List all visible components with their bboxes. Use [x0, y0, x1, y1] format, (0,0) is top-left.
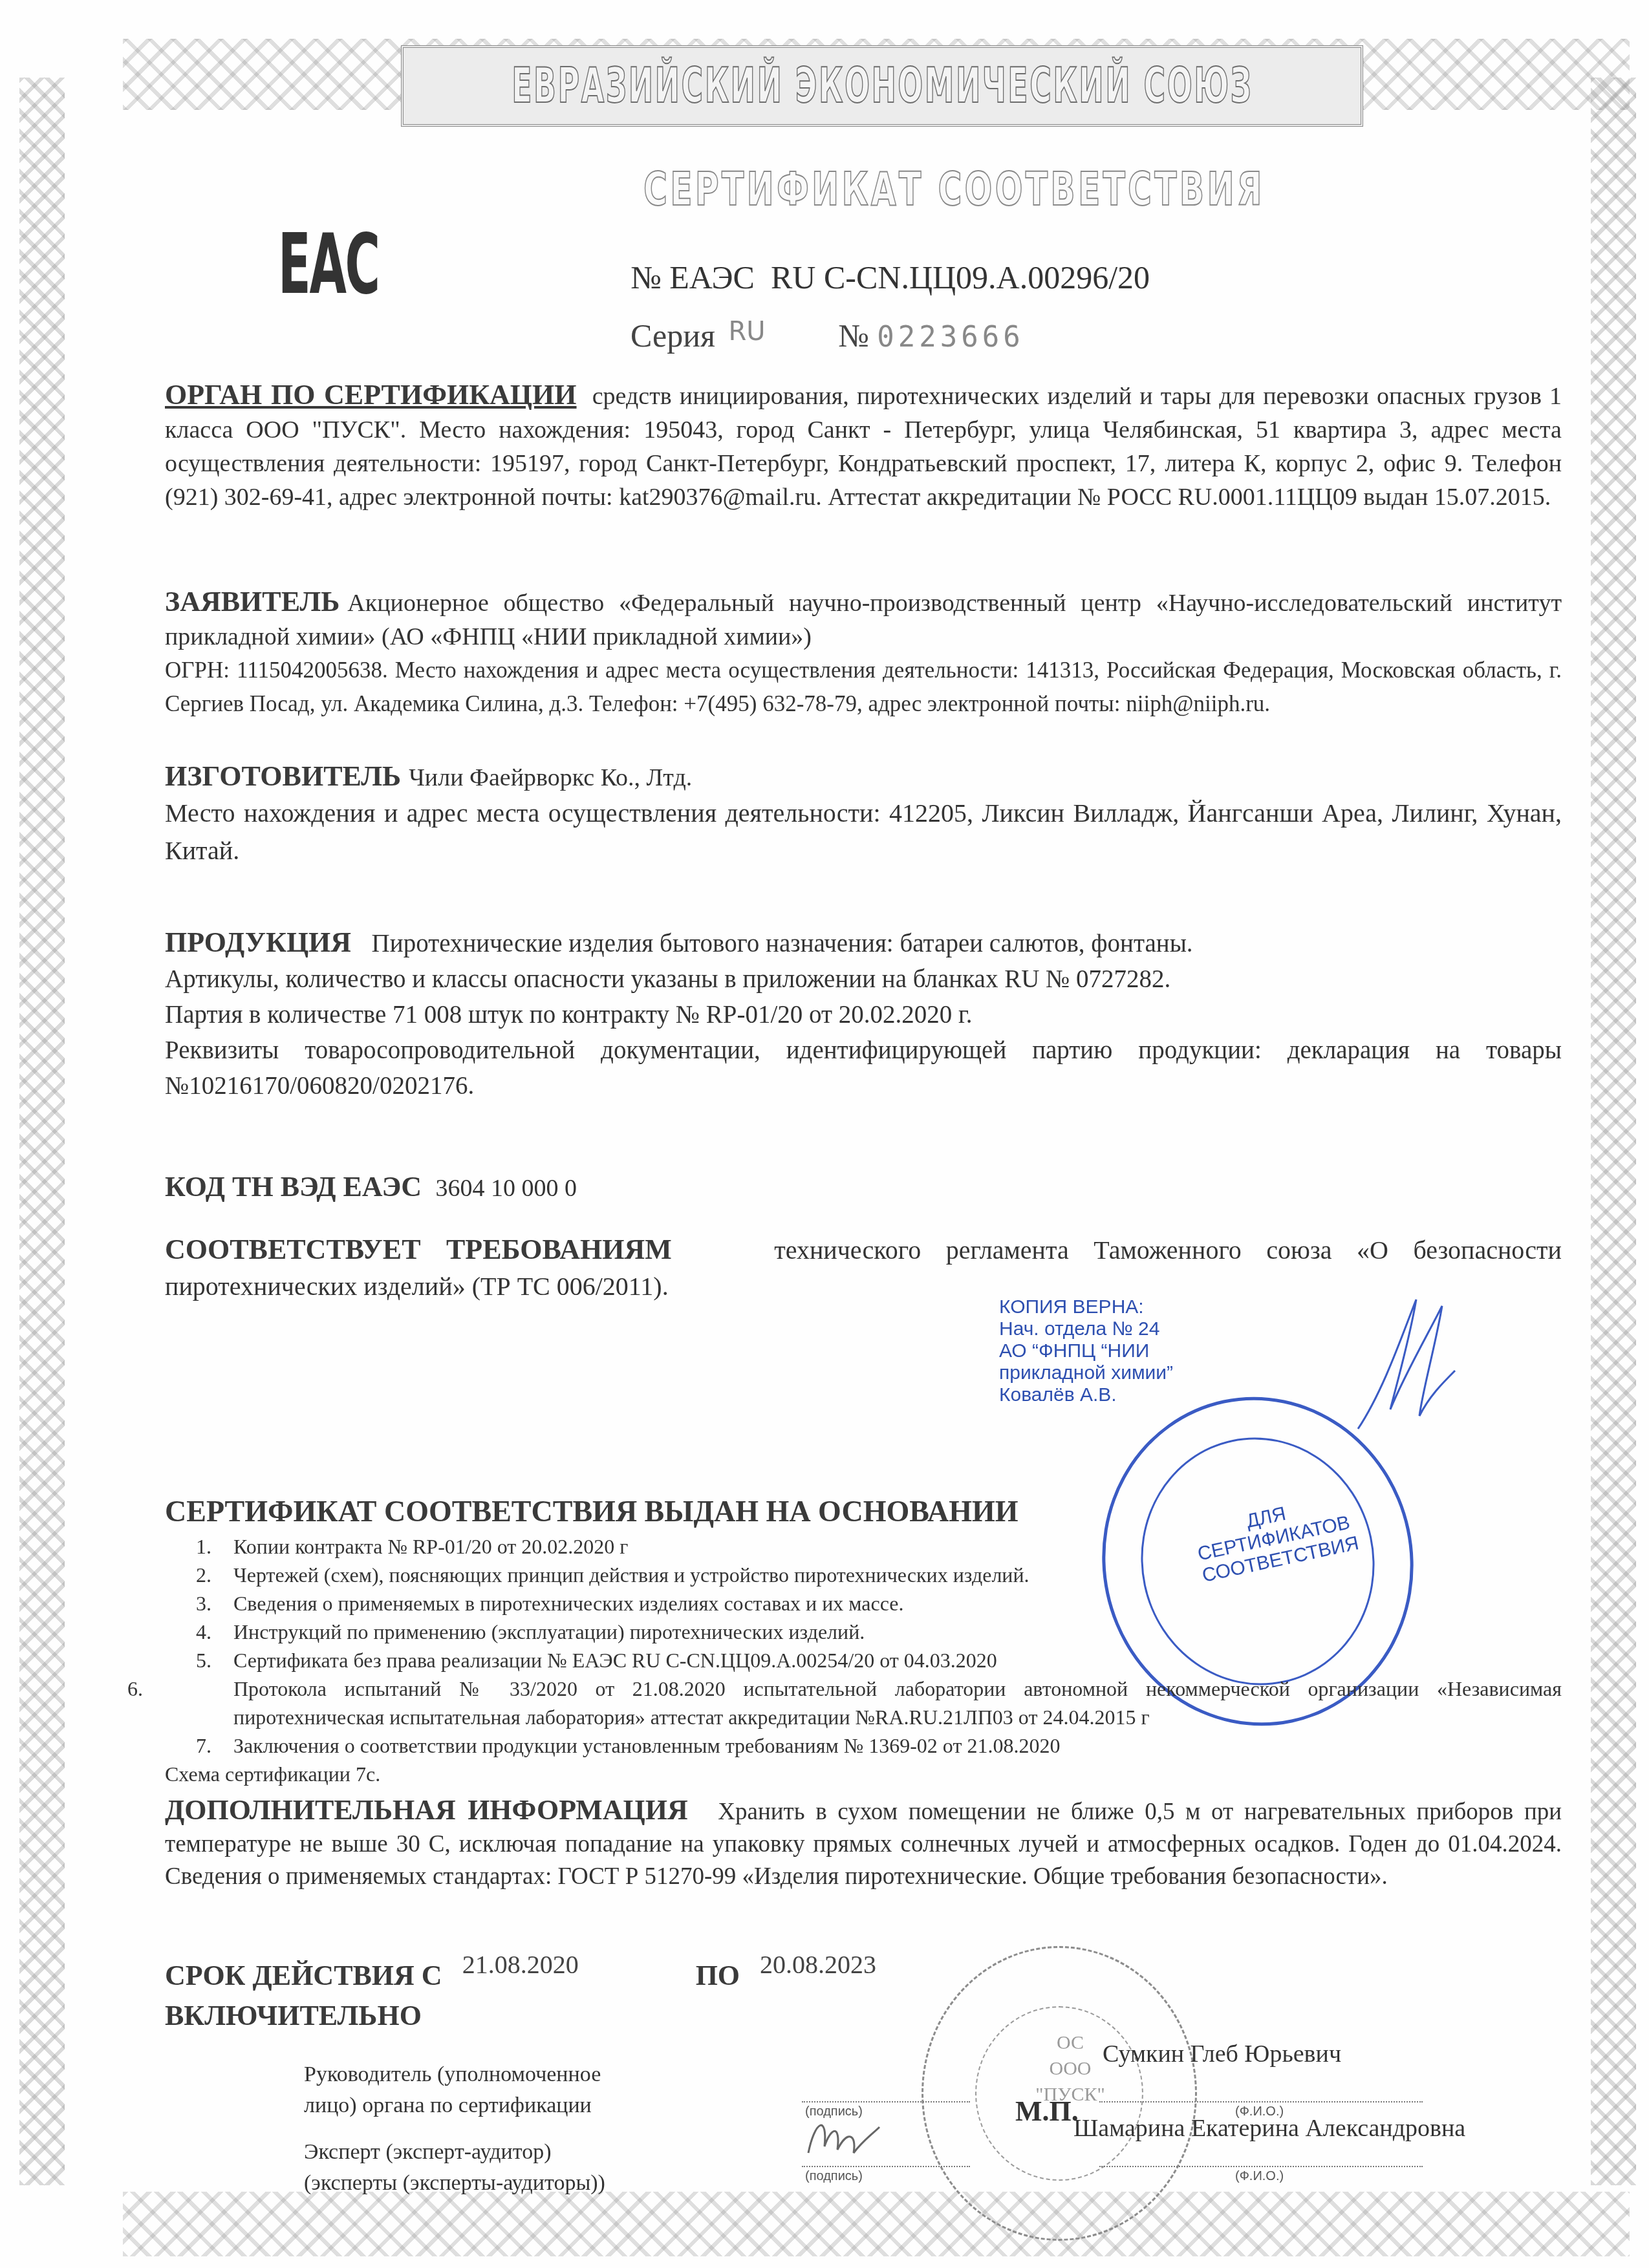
decorative-border-right	[1591, 78, 1636, 2185]
applicant-text: Акционерное общество «Федеральный научно…	[165, 590, 1562, 650]
seal-place-mark: М.П.	[1015, 2095, 1079, 2128]
manufacturer-details: Место нахождения и адрес места осуществл…	[165, 795, 1562, 870]
decorative-border-bottom	[123, 2192, 1630, 2256]
validity-inclusive-label: ВКЛЮЧИТЕЛЬНО	[165, 1999, 422, 2032]
product-line-3: Партия в количестве 71 008 штук по контр…	[165, 997, 1562, 1032]
basis-label: СЕРТИФИКАТ СООТВЕТСТВИЯ ВЫДАН НА ОСНОВАН…	[165, 1493, 1554, 1530]
basis-item: Копии контракта № RP-01/20 от 20.02.2020…	[217, 1532, 1562, 1561]
applicant-label: ЗАЯВИТЕЛЬ	[165, 586, 339, 617]
head-fio-line	[1099, 2101, 1423, 2102]
manufacturer-label: ИЗГОТОВИТЕЛЬ	[165, 760, 401, 792]
basis-item: Заключения о соответствии продукции уста…	[217, 1731, 1562, 1760]
basis-item: Инструкций по применению (эксплуатации) …	[217, 1618, 1562, 1646]
certificate-number-prefix: № ЕАЭС	[630, 259, 755, 295]
copy-stamp-line: Нач. отдела № 24	[999, 1318, 1173, 1340]
basis-item: Сведения о применяемых в пиротехнических…	[217, 1589, 1562, 1618]
decorative-border-left	[19, 78, 65, 2185]
certificate-page: ЕВРАЗИЙСКИЙ ЭКОНОМИЧЕСКИЙ СОЮЗ СЕРТИФИКА…	[0, 0, 1649, 2268]
expert-signature-line	[802, 2166, 970, 2167]
union-banner: ЕВРАЗИЙСКИЙ ЭКОНОМИЧЕСКИЙ СОЮЗ	[401, 45, 1363, 127]
expert-role: Эксперт (эксперт-аудитор) (эксперты (экс…	[304, 2137, 605, 2199]
head-signature-line	[802, 2101, 970, 2102]
section-applicant: ЗАЯВИТЕЛЬАкционерное общество «Федеральн…	[165, 585, 1562, 721]
section-product: ПРОДУКЦИЯ Пиротехнические изделия бытово…	[165, 925, 1562, 1104]
basis-item: Протокола испытаний № 33/2020 от 21.08.2…	[148, 1674, 1562, 1731]
basis-item: Сертификата без права реализации № ЕАЭС …	[217, 1646, 1562, 1674]
section-basis: СЕРТИФИКАТ СООТВЕТСТВИЯ ВЫДАН НА ОСНОВАН…	[165, 1493, 1562, 1788]
basis-list: Копии контракта № RP-01/20 от 20.02.2020…	[165, 1532, 1562, 1760]
document-title: СЕРТИФИКАТ СООТВЕТСТВИЯ	[643, 162, 1141, 216]
section-manufacturer: ИЗГОТОВИТЕЛЬЧили Фаейрворкс Ко., Лтд. Ме…	[165, 760, 1562, 870]
series-label: Серия	[630, 317, 715, 354]
expert-signature-caption: (подпись)	[805, 2169, 863, 2184]
product-label: ПРОДУКЦИЯ	[165, 926, 351, 958]
copy-stamp-line: КОПИЯ ВЕРНА:	[999, 1296, 1173, 1318]
validity-period: СРОК ДЕЙСТВИЯ С 21.08.2020 ПО 20.08.2023	[165, 1959, 876, 1992]
head-role-line: Руководитель (уполномоченное	[304, 2059, 601, 2090]
expert-role-line: Эксперт (эксперт-аудитор)	[304, 2137, 605, 2168]
validity-from-label: СРОК ДЕЙСТВИЯ С	[165, 1960, 442, 1991]
certificate-number-value: RU C-CN.ЦЦ09.А.00296/20	[771, 259, 1150, 295]
blank-number: 0223666	[877, 321, 1024, 354]
expert-role-line: (эксперты (эксперты-аудиторы))	[304, 2168, 605, 2199]
section-hs-code: КОД ТН ВЭД ЕАЭС 3604 10 000 0	[165, 1170, 1562, 1205]
expert-name: Шамарина Екатерина Александровна	[1073, 2114, 1465, 2143]
product-line-1: Пиротехнические изделия бытового назначе…	[372, 930, 1193, 957]
validity-from-date: 21.08.2020	[462, 1950, 579, 1979]
manufacturer-text: Чили Фаейрворкс Ко., Лтд.	[409, 764, 692, 791]
additional-info-label: ДОПОЛНИТЕЛЬНАЯ ИНФОРМАЦИЯ	[165, 1794, 688, 1826]
hs-code-label: КОД ТН ВЭД ЕАЭС	[165, 1171, 422, 1203]
expert-signature-icon	[802, 2108, 886, 2166]
eac-mark-icon: ЕАС	[278, 217, 379, 313]
section-certification-body: ОРГАН ПО СЕРТИФИКАЦИИ средств инициирова…	[165, 378, 1562, 514]
section-additional-info: ДОПОЛНИТЕЛЬНАЯ ИНФОРМАЦИЯ Хранить в сухо…	[165, 1794, 1562, 1893]
validity-to-date: 20.08.2023	[760, 1950, 876, 1979]
series-value: RU	[728, 317, 765, 347]
product-line-2: Артикулы, количество и классы опасности …	[165, 961, 1562, 997]
head-role: Руководитель (уполномоченное лицо) орган…	[304, 2059, 601, 2121]
product-line-4: Реквизиты товаросопроводительной докумен…	[165, 1032, 1562, 1104]
head-name: Сумкин Глеб Юрьевич	[1103, 2040, 1341, 2068]
certification-body-label: ОРГАН ПО СЕРТИФИКАЦИИ	[165, 379, 577, 411]
blank-number-prefix: №	[838, 317, 869, 354]
series-line: Серия RU № 0223666	[630, 317, 1024, 354]
applicant-details: ОГРН: 1115042005638. Место нахождения и …	[165, 654, 1562, 721]
certification-scheme: Схема сертификации 7с.	[165, 1760, 1562, 1788]
copy-stamp-line: Ковалёв А.В.	[999, 1384, 1173, 1406]
signature-icon	[1345, 1293, 1461, 1442]
union-banner-text: ЕВРАЗИЙСКИЙ ЭКОНОМИЧЕСКИЙ СОЮЗ	[512, 58, 1253, 114]
copy-stamp-line: АО “ФНПЦ “НИИ	[999, 1340, 1173, 1362]
compliance-label: СООТВЕТСТВУЕТ ТРЕБОВАНИЯМ	[165, 1234, 672, 1265]
copy-verified-stamp: КОПИЯ ВЕРНА: Нач. отдела № 24 АО “ФНПЦ “…	[999, 1296, 1173, 1406]
validity-to-label: ПО	[696, 1960, 740, 1991]
expert-fio-line	[1099, 2166, 1423, 2167]
head-role-line: лицо) органа по сертификации	[304, 2090, 601, 2121]
hs-code-value: 3604 10 000 0	[436, 1175, 577, 1202]
certificate-number: № ЕАЭС RU C-CN.ЦЦ09.А.00296/20	[630, 259, 1150, 296]
expert-fio-caption: (Ф.И.О.)	[1235, 2169, 1284, 2184]
basis-item: Чертежей (схем), поясняющих принцип дейс…	[217, 1561, 1562, 1589]
copy-stamp-line: прикладной химии”	[999, 1362, 1173, 1384]
